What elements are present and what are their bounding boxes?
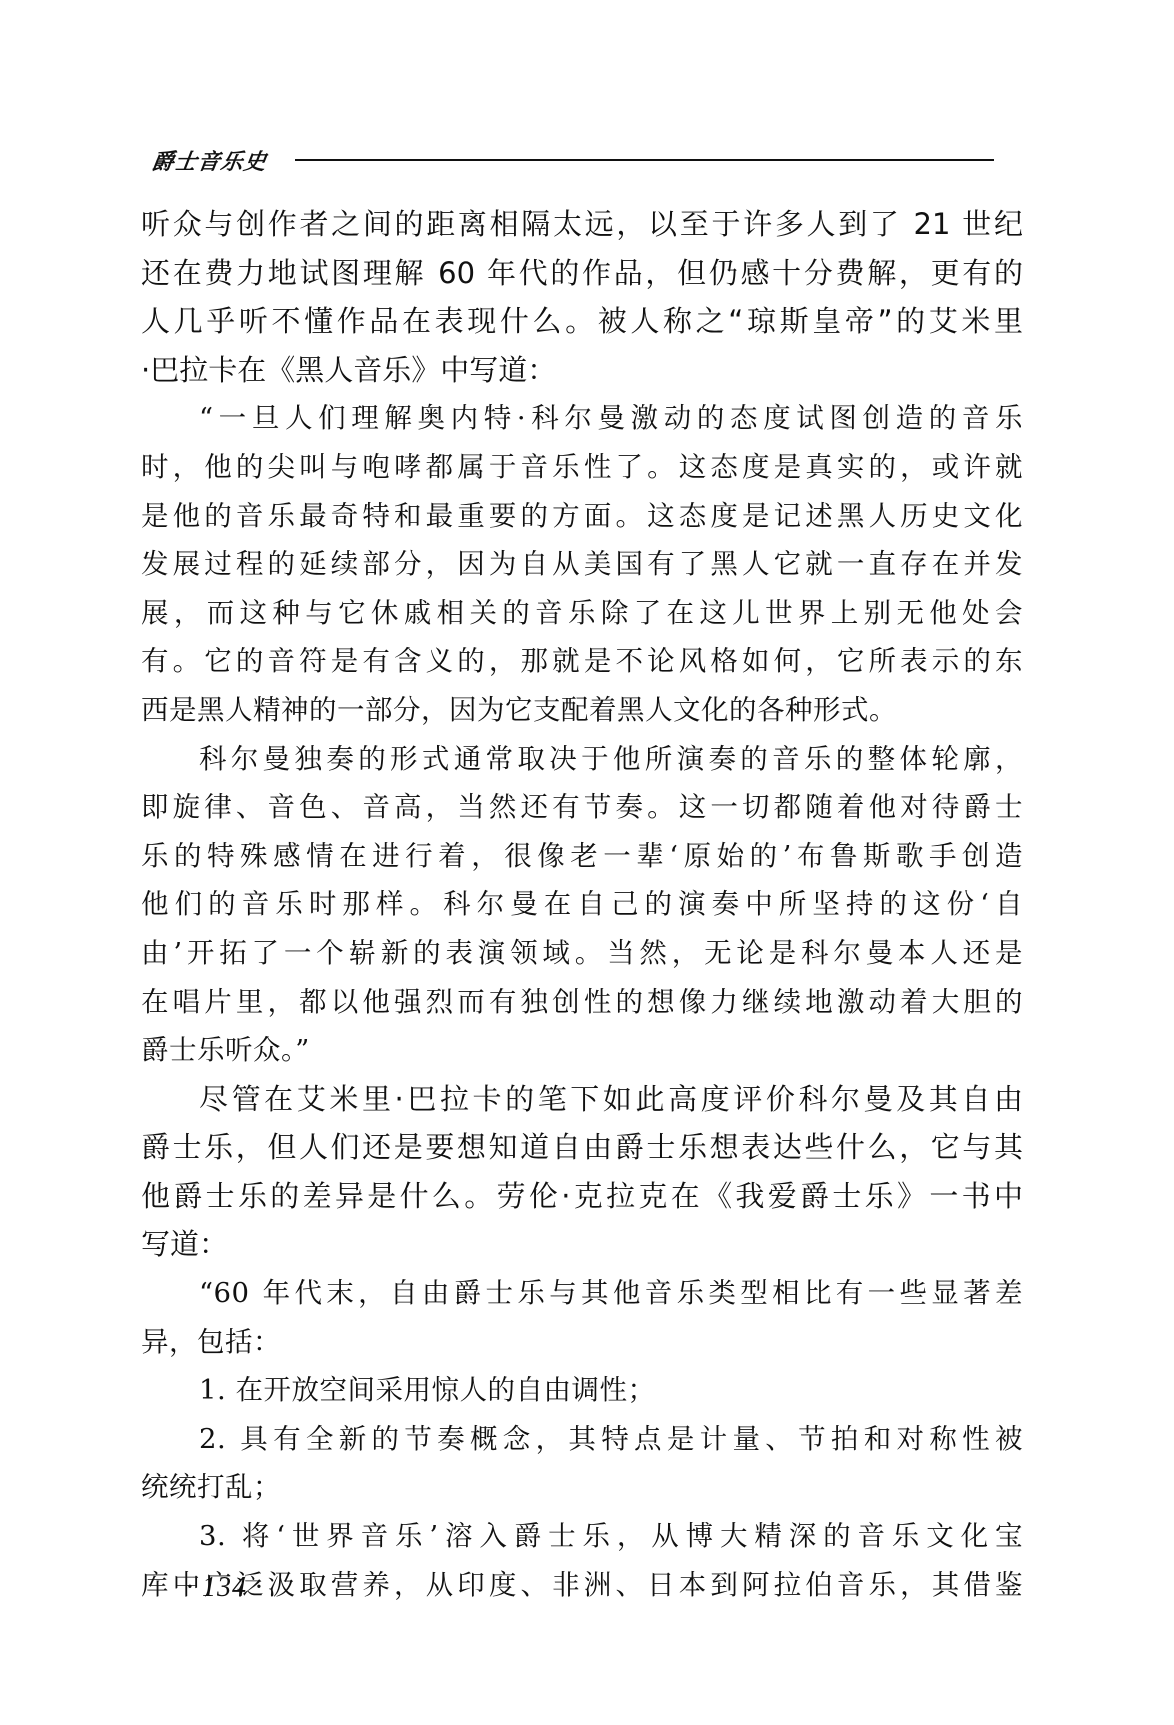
quoted-paragraph: 1. 在开放空间采用惊人的自由调性； (141, 1366, 1023, 1415)
text-line: 人几乎听不懂作品在表现什么。被人称之“琼斯皇帝”的艾米里 (141, 297, 1023, 346)
running-header: 爵士音乐史 (152, 142, 994, 178)
text-line: 即旋律、音色、音高，当然还有节奏。这一切都随着他对待爵士 (141, 783, 1023, 832)
text-line: 爵士乐听众。” (141, 1026, 1023, 1075)
text-line: 是他的音乐最奇特和最重要的方面。这态度是记述黑人历史文化 (141, 492, 1023, 541)
page-number: · 134 · (186, 1572, 263, 1604)
book-title: 爵士音乐史 (150, 145, 269, 176)
text-line: 异，包括： (141, 1318, 1023, 1367)
page-body: 听众与创作者之间的距离相隔太远，以至于许多人到了 21 世纪还在费力地试图理解 … (141, 200, 1023, 1609)
text-line: 时，他的尖叫与咆哮都属于音乐性了。这态度是真实的，或许就 (141, 443, 1023, 492)
quoted-paragraph: “一旦人们理解奥内特·科尔曼激动的态度试图创造的音乐时，他的尖叫与咆哮都属于音乐… (141, 394, 1023, 734)
text-line: “60 年代末，自由爵士乐与其他音乐类型相比有一些显著差 (141, 1269, 1023, 1318)
text-line: 写道： (141, 1220, 1023, 1269)
text-line: 还在费力地试图理解 60 年代的作品，但仍感十分费解，更有的 (141, 249, 1023, 298)
quoted-paragraph: 科尔曼独奏的形式通常取决于他所演奏的音乐的整体轮廓，即旋律、音色、音高，当然还有… (141, 735, 1023, 1075)
text-line: ·巴拉卡在《黑人音乐》中写道： (141, 346, 1023, 395)
text-line: 他爵士乐的差异是什么。劳伦·克拉克在《我爱爵士乐》一书中 (141, 1172, 1023, 1221)
text-line: 统统打乱； (141, 1463, 1023, 1512)
text-line: 有。它的音符是有含义的，那就是不论风格如何，它所表示的东 (141, 637, 1023, 686)
text-line: 科尔曼独奏的形式通常取决于他所演奏的音乐的整体轮廓， (141, 735, 1023, 784)
text-line: 他们的音乐时那样。科尔曼在自己的演奏中所坚持的这份‘自 (141, 880, 1023, 929)
text-line: 爵士乐，但人们还是要想知道自由爵士乐想表达些什么，它与其 (141, 1123, 1023, 1172)
text-line: 展，而这种与它休戚相关的音乐除了在这儿世界上别无他处会 (141, 589, 1023, 638)
text-line: 2. 具有全新的节奏概念，其特点是计量、节拍和对称性被 (141, 1415, 1023, 1464)
text-line: 乐的特殊感情在进行着，很像老一辈‘原始的’布鲁斯歌手创造 (141, 832, 1023, 881)
text-line: 尽管在艾米里·巴拉卡的笔下如此高度评价科尔曼及其自由 (141, 1075, 1023, 1124)
text-line: 由’开拓了一个崭新的表演领域。当然，无论是科尔曼本人还是 (141, 929, 1023, 978)
quoted-paragraph: 2. 具有全新的节奏概念，其特点是计量、节拍和对称性被统统打乱； (141, 1415, 1023, 1512)
text-line: 1. 在开放空间采用惊人的自由调性； (141, 1366, 1023, 1415)
body-paragraph: 尽管在艾米里·巴拉卡的笔下如此高度评价科尔曼及其自由爵士乐，但人们还是要想知道自… (141, 1075, 1023, 1269)
text-line: 发展过程的延续部分，因为自从美国有了黑人它就一直存在并发 (141, 540, 1023, 589)
text-line: 西是黑人精神的一部分，因为它支配着黑人文化的各种形式。 (141, 686, 1023, 735)
quoted-paragraph: “60 年代末，自由爵士乐与其他音乐类型相比有一些显著差异，包括： (141, 1269, 1023, 1366)
text-line: 在唱片里，都以他强烈而有独创性的想像力继续地激动着大胆的 (141, 978, 1023, 1027)
header-rule (295, 159, 994, 161)
text-line: “一旦人们理解奥内特·科尔曼激动的态度试图创造的音乐 (141, 394, 1023, 443)
text-line: 3. 将‘世界音乐’溶入爵士乐，从博大精深的音乐文化宝 (141, 1512, 1023, 1561)
text-line: 听众与创作者之间的距离相隔太远，以至于许多人到了 21 世纪 (141, 200, 1023, 249)
body-paragraph: 听众与创作者之间的距离相隔太远，以至于许多人到了 21 世纪还在费力地试图理解 … (141, 200, 1023, 394)
text-line: 库中广泛汲取营养，从印度、非洲、日本到阿拉伯音乐，其借鉴 (141, 1561, 1023, 1610)
quoted-paragraph: 3. 将‘世界音乐’溶入爵士乐，从博大精深的音乐文化宝库中广泛汲取营养，从印度、… (141, 1512, 1023, 1609)
